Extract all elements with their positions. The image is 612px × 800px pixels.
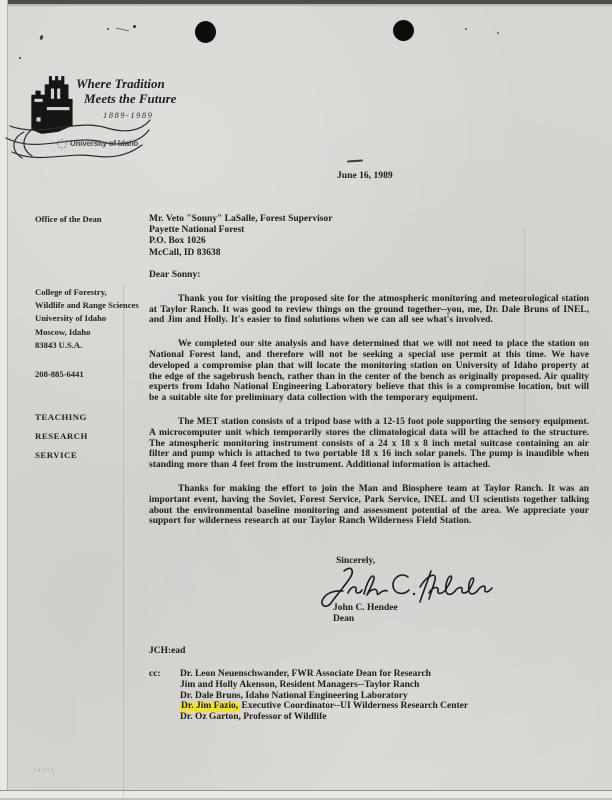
scan-edge-top-shadow [0,4,612,6]
ink-speck [107,28,109,30]
dept-line: University of Idaho [35,312,145,325]
ink-speck [39,35,44,41]
ink-speck [133,25,136,28]
signer-title: Dean [333,614,398,625]
signer-block: John C. Hendee Dean [333,603,398,625]
fold-crease-left [123,285,124,798]
paragraph-1: Thank you for visiting the proposed site… [149,294,589,326]
sidebar-department-address: College of Forestry, Wildlife and Range … [35,286,145,352]
recipient-line: Payette National Forest [149,225,332,236]
mission-word: SERVICE [35,446,88,465]
paragraph-2: We completed our site analysis and have … [149,339,589,404]
university-name: University of Idaho [70,139,138,148]
letter-body: Dear Sonny: Thank you for visiting the p… [149,270,589,527]
ink-speck [497,32,499,34]
recipient-address-block: Mr. Veto "Sonny" LaSalle, Forest Supervi… [149,214,332,259]
scanned-letter-page: Where Tradition Meets the Future 1889-19… [0,0,612,800]
recipient-line: P.O. Box 1026 [149,236,332,247]
scratch-mark [116,28,129,32]
dept-line: College of Forestry, [35,286,145,299]
recipient-line: McCall, ID 83638 [149,248,332,259]
tagline-line2: Meets the Future [84,91,236,106]
tagline-line1: Where Tradition [76,76,236,91]
ink-speck [465,28,467,30]
hole-punch-dot-right [393,20,414,41]
letterhead-tagline: Where Tradition Meets the Future [76,76,236,106]
cc-entry-rest: Executive Coordinator--UI Wilderness Res… [239,701,468,711]
cc-entry: Jim and Holly Akenson, Resident Managers… [180,680,600,691]
cc-entry-highlighted: Dr. Jim Fazio, Executive Coordinator--UI… [180,701,600,712]
sunburst-icon [56,138,68,150]
cc-label: cc: [149,669,161,679]
highlight-mark: Dr. Jim Fazio, [180,701,239,711]
dept-line: 83843 U.S.A. [35,339,145,352]
paragraph-3: The MET station consists of a tripod bas… [149,417,589,471]
sidebar-office-label: Office of the Dean [35,214,102,224]
mission-word: RESEARCH [35,427,88,446]
reference-initials: JCH:ead [149,646,185,656]
paragraph-4: Thanks for making the effort to join the… [149,484,589,527]
cc-entry: Dr. Dale Bruns, Idaho National Engineeri… [180,691,600,702]
salutation: Dear Sonny: [149,270,589,281]
cc-entry: Dr. Oz Garton, Professor of Wildlife [180,712,600,723]
dept-line: Wildlife and Range Sciences [35,299,145,312]
recipient-line: Mr. Veto "Sonny" LaSalle, Forest Supervi… [149,214,332,225]
handwritten-dash-mark [347,159,363,162]
faint-corner-mark: 14310 [33,768,56,774]
ink-speck [19,57,21,59]
cc-entry: Dr. Leon Neuenschwander, FWR Associate D… [180,669,600,680]
signer-name: John C. Hendee [333,603,398,614]
sidebar-phone: 208-885-6441 [35,369,84,379]
sidebar-mission-words: TEACHING RESEARCH SERVICE [35,408,88,464]
dept-line: Moscow, Idaho [35,326,145,339]
date-line: June 16, 1989 [337,170,393,181]
hole-punch-dot-left [195,21,216,43]
cc-list: Dr. Leon Neuenschwander, FWR Associate D… [180,669,600,723]
mission-word: TEACHING [35,408,88,427]
